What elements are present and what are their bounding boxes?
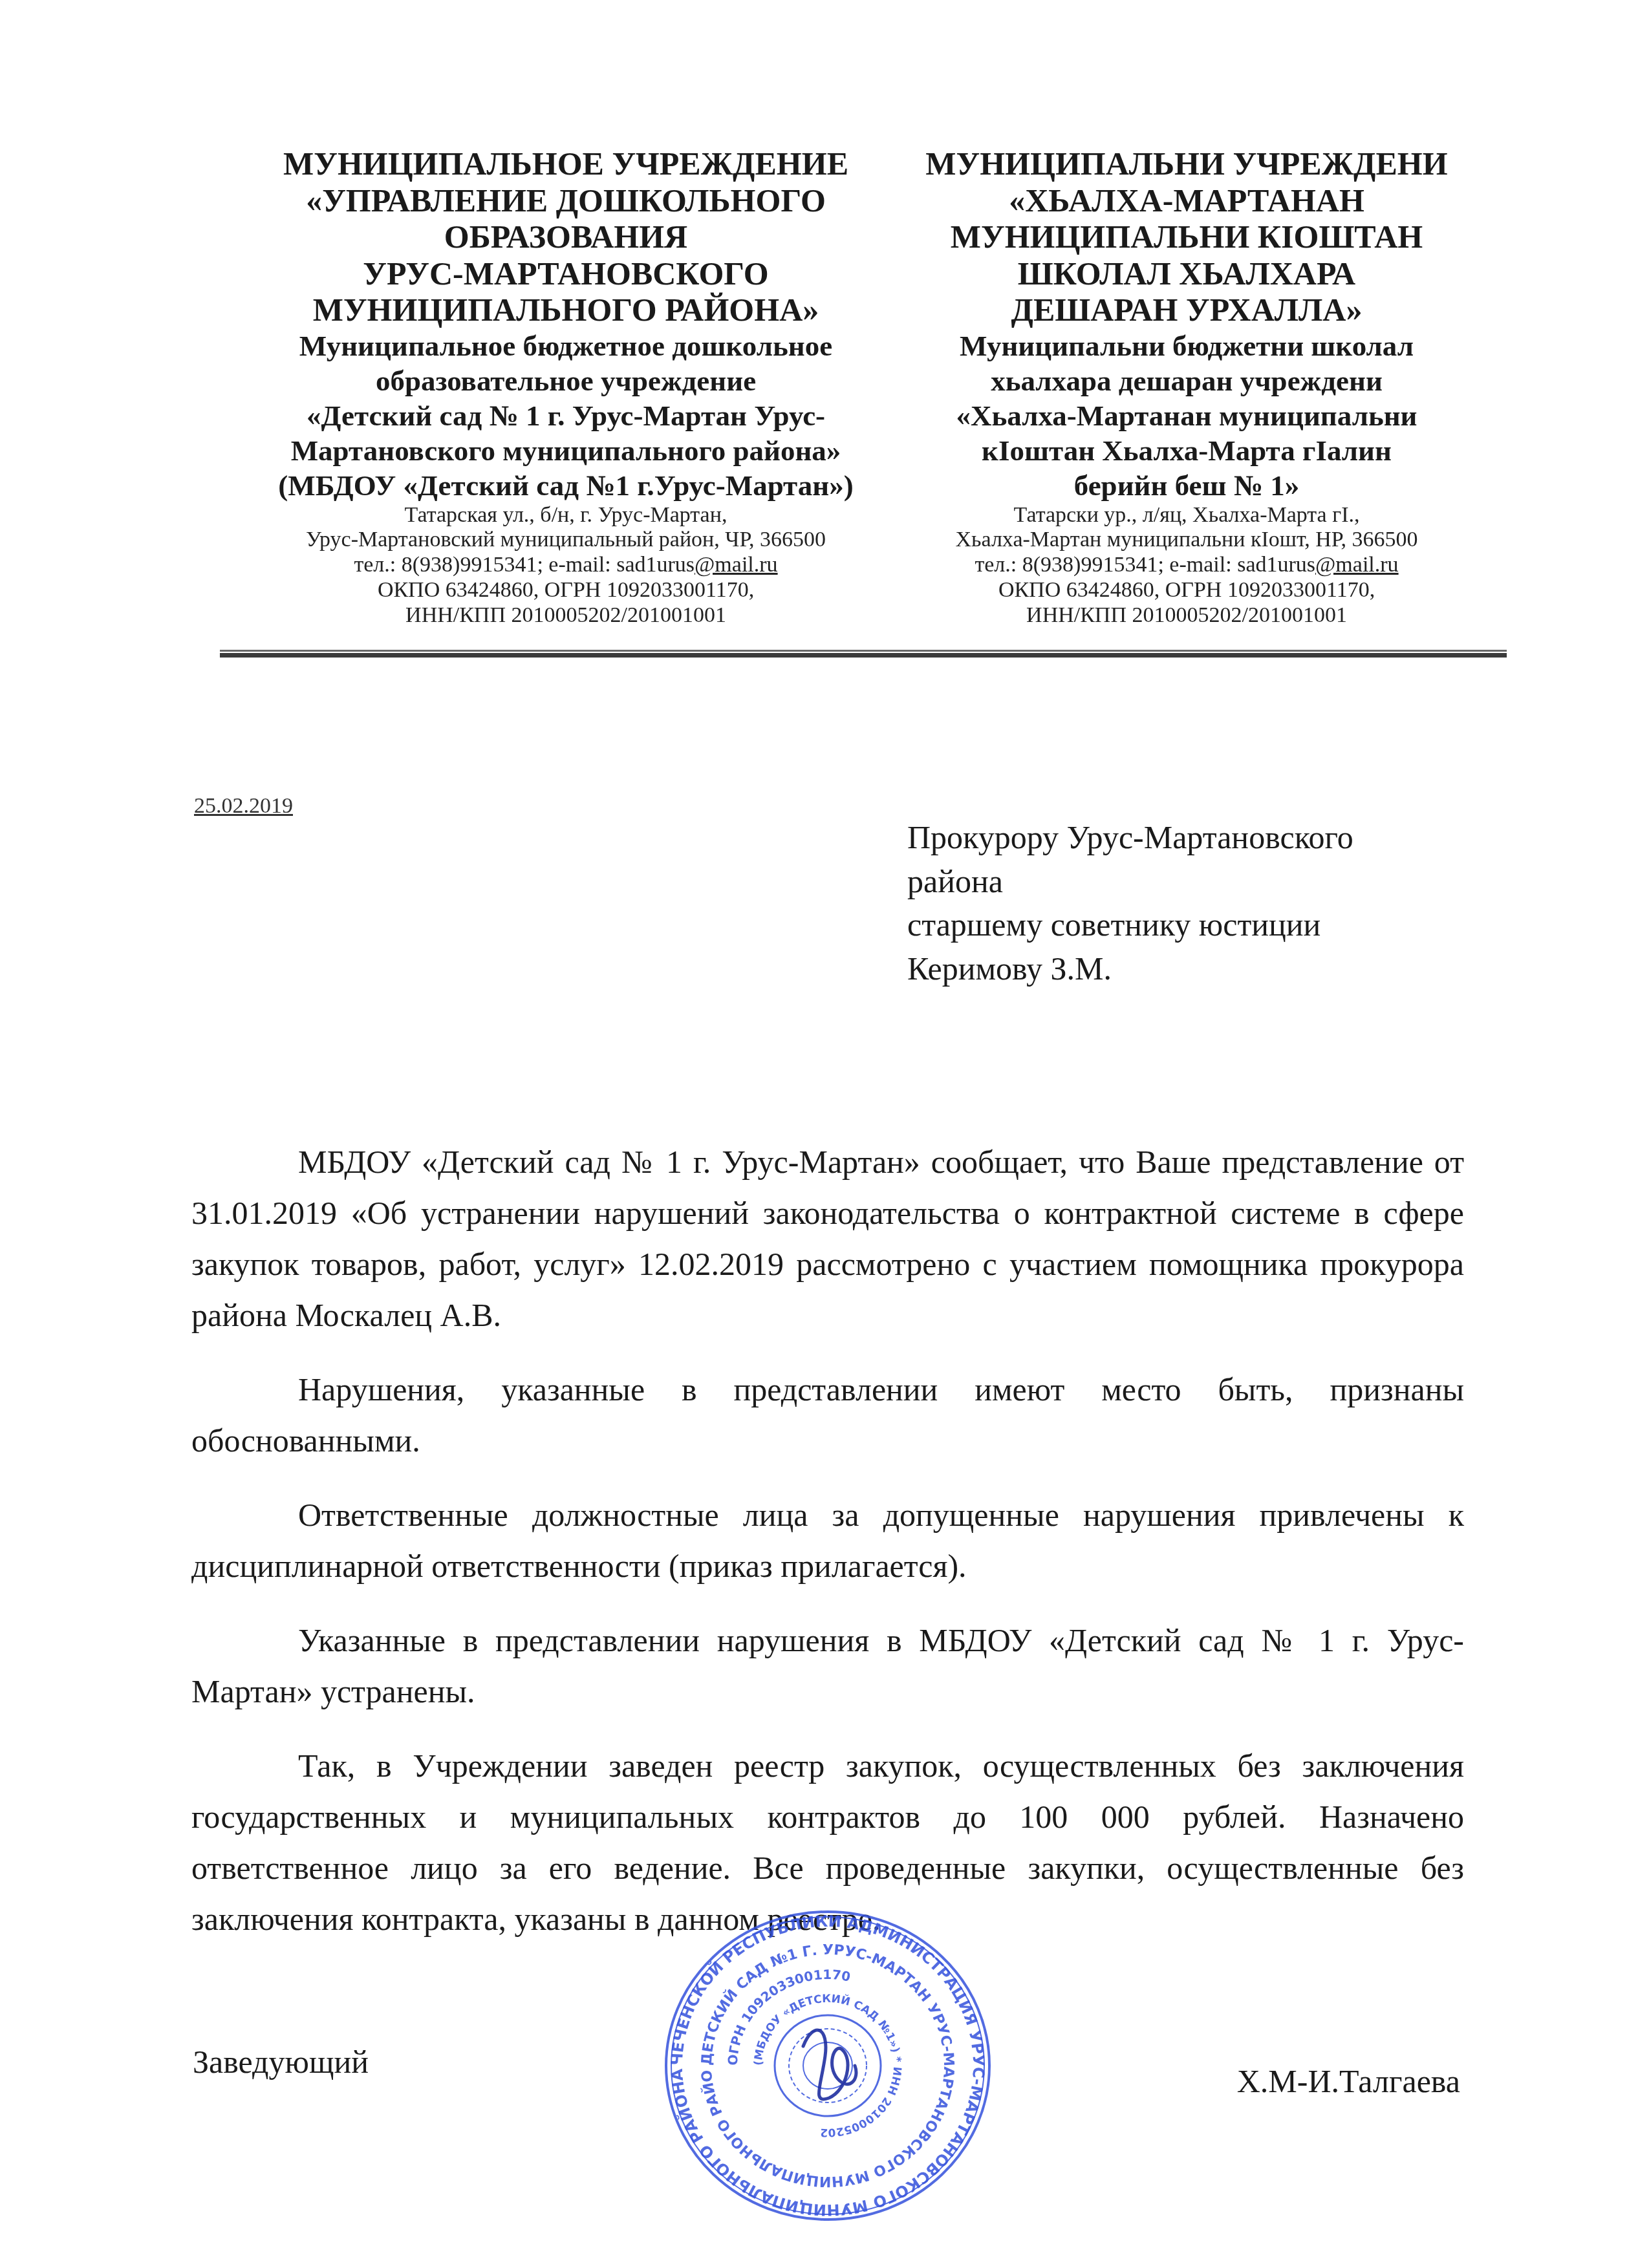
email-link[interactable]: @mail.ru: [1315, 553, 1399, 577]
header-russian: МУНИЦИПАЛЬНОЕ УЧРЕЖДЕНИЕ «УПРАВЛЕНИЕ ДОШ…: [233, 145, 899, 628]
header-divider-thin: [220, 650, 1507, 652]
address-line-2: Хьалха-Мартан муниципальни кIошт, НР, 36…: [902, 528, 1471, 553]
header-divider-thick: [220, 653, 1507, 658]
inn-kpp: ИНН/КПП 2010005202/201001001: [902, 603, 1471, 628]
inn-kpp: ИНН/КПП 2010005202/201001001: [233, 603, 899, 628]
address-line-1: Татарская ул., б/н, г. Урус-Мартан,: [233, 503, 899, 528]
signer-title: Заведующий: [193, 2043, 369, 2081]
paragraph: Нарушения, указанные в представлении име…: [191, 1364, 1464, 1466]
header-chechen: МУНИЦИПАЛЬНИ УЧРЕЖДЕНИ «ХЬАЛХА-МАРТАНАН …: [902, 145, 1471, 628]
round-seal-icon: ЧЕЧЕНСКОЙ РЕСПУБЛИКИ АДМИНИСТРАЦИЯ УРУС-…: [660, 1910, 996, 2221]
paragraph: МБДОУ «Детский сад № 1 г. Урус-Мартан» с…: [191, 1137, 1464, 1341]
okpo-ogrn: ОКПО 63424860, ОГРН 1092033001170,: [233, 578, 899, 603]
org-name-caps: МУНИЦИПАЛЬНИ УЧРЕЖДЕНИ «ХЬАЛХА-МАРТАНАН …: [902, 145, 1471, 328]
address-line-1: Татарски ур., л/яц, Хьалха-Марта гI.,: [902, 503, 1471, 528]
letter-body: МБДОУ «Детский сад № 1 г. Урус-Мартан» с…: [191, 1137, 1464, 1968]
phone-email: тел.: 8(938)9915341; e-mail: sad1urus@ma…: [233, 553, 899, 578]
institution-name: Муниципальни бюджетни школал хьалхара де…: [902, 328, 1471, 503]
paragraph: Ответственные должностные лица за допуще…: [191, 1490, 1464, 1592]
address-line-2: Урус-Мартановский муниципальный район, Ч…: [233, 528, 899, 553]
letter-date: 25.02.2019: [194, 794, 293, 818]
okpo-ogrn: ОКПО 63424860, ОГРН 1092033001170,: [902, 578, 1471, 603]
org-name-caps: МУНИЦИПАЛЬНОЕ УЧРЕЖДЕНИЕ «УПРАВЛЕНИЕ ДОШ…: [233, 145, 899, 328]
institution-name: Муниципальное бюджетное дошкольное образ…: [233, 328, 899, 503]
official-stamp: ЧЕЧЕНСКОЙ РЕСПУБЛИКИ АДМИНИСТРАЦИЯ УРУС-…: [660, 1910, 996, 2221]
phone-email: тел.: 8(938)9915341; e-mail: sad1urus@ma…: [902, 553, 1471, 578]
addressee-block: Прокурору Урус-Мартановского района стар…: [907, 816, 1353, 990]
paragraph: Указанные в представлении нарушения в МБ…: [191, 1615, 1464, 1717]
signer-name: Х.М-И.Талгаева: [1237, 2062, 1460, 2100]
contact-block: Татарски ур., л/яц, Хьалха-Марта гI., Хь…: [902, 503, 1471, 628]
email-link[interactable]: @mail.ru: [695, 553, 778, 577]
contact-block: Татарская ул., б/н, г. Урус-Мартан, Урус…: [233, 503, 899, 628]
